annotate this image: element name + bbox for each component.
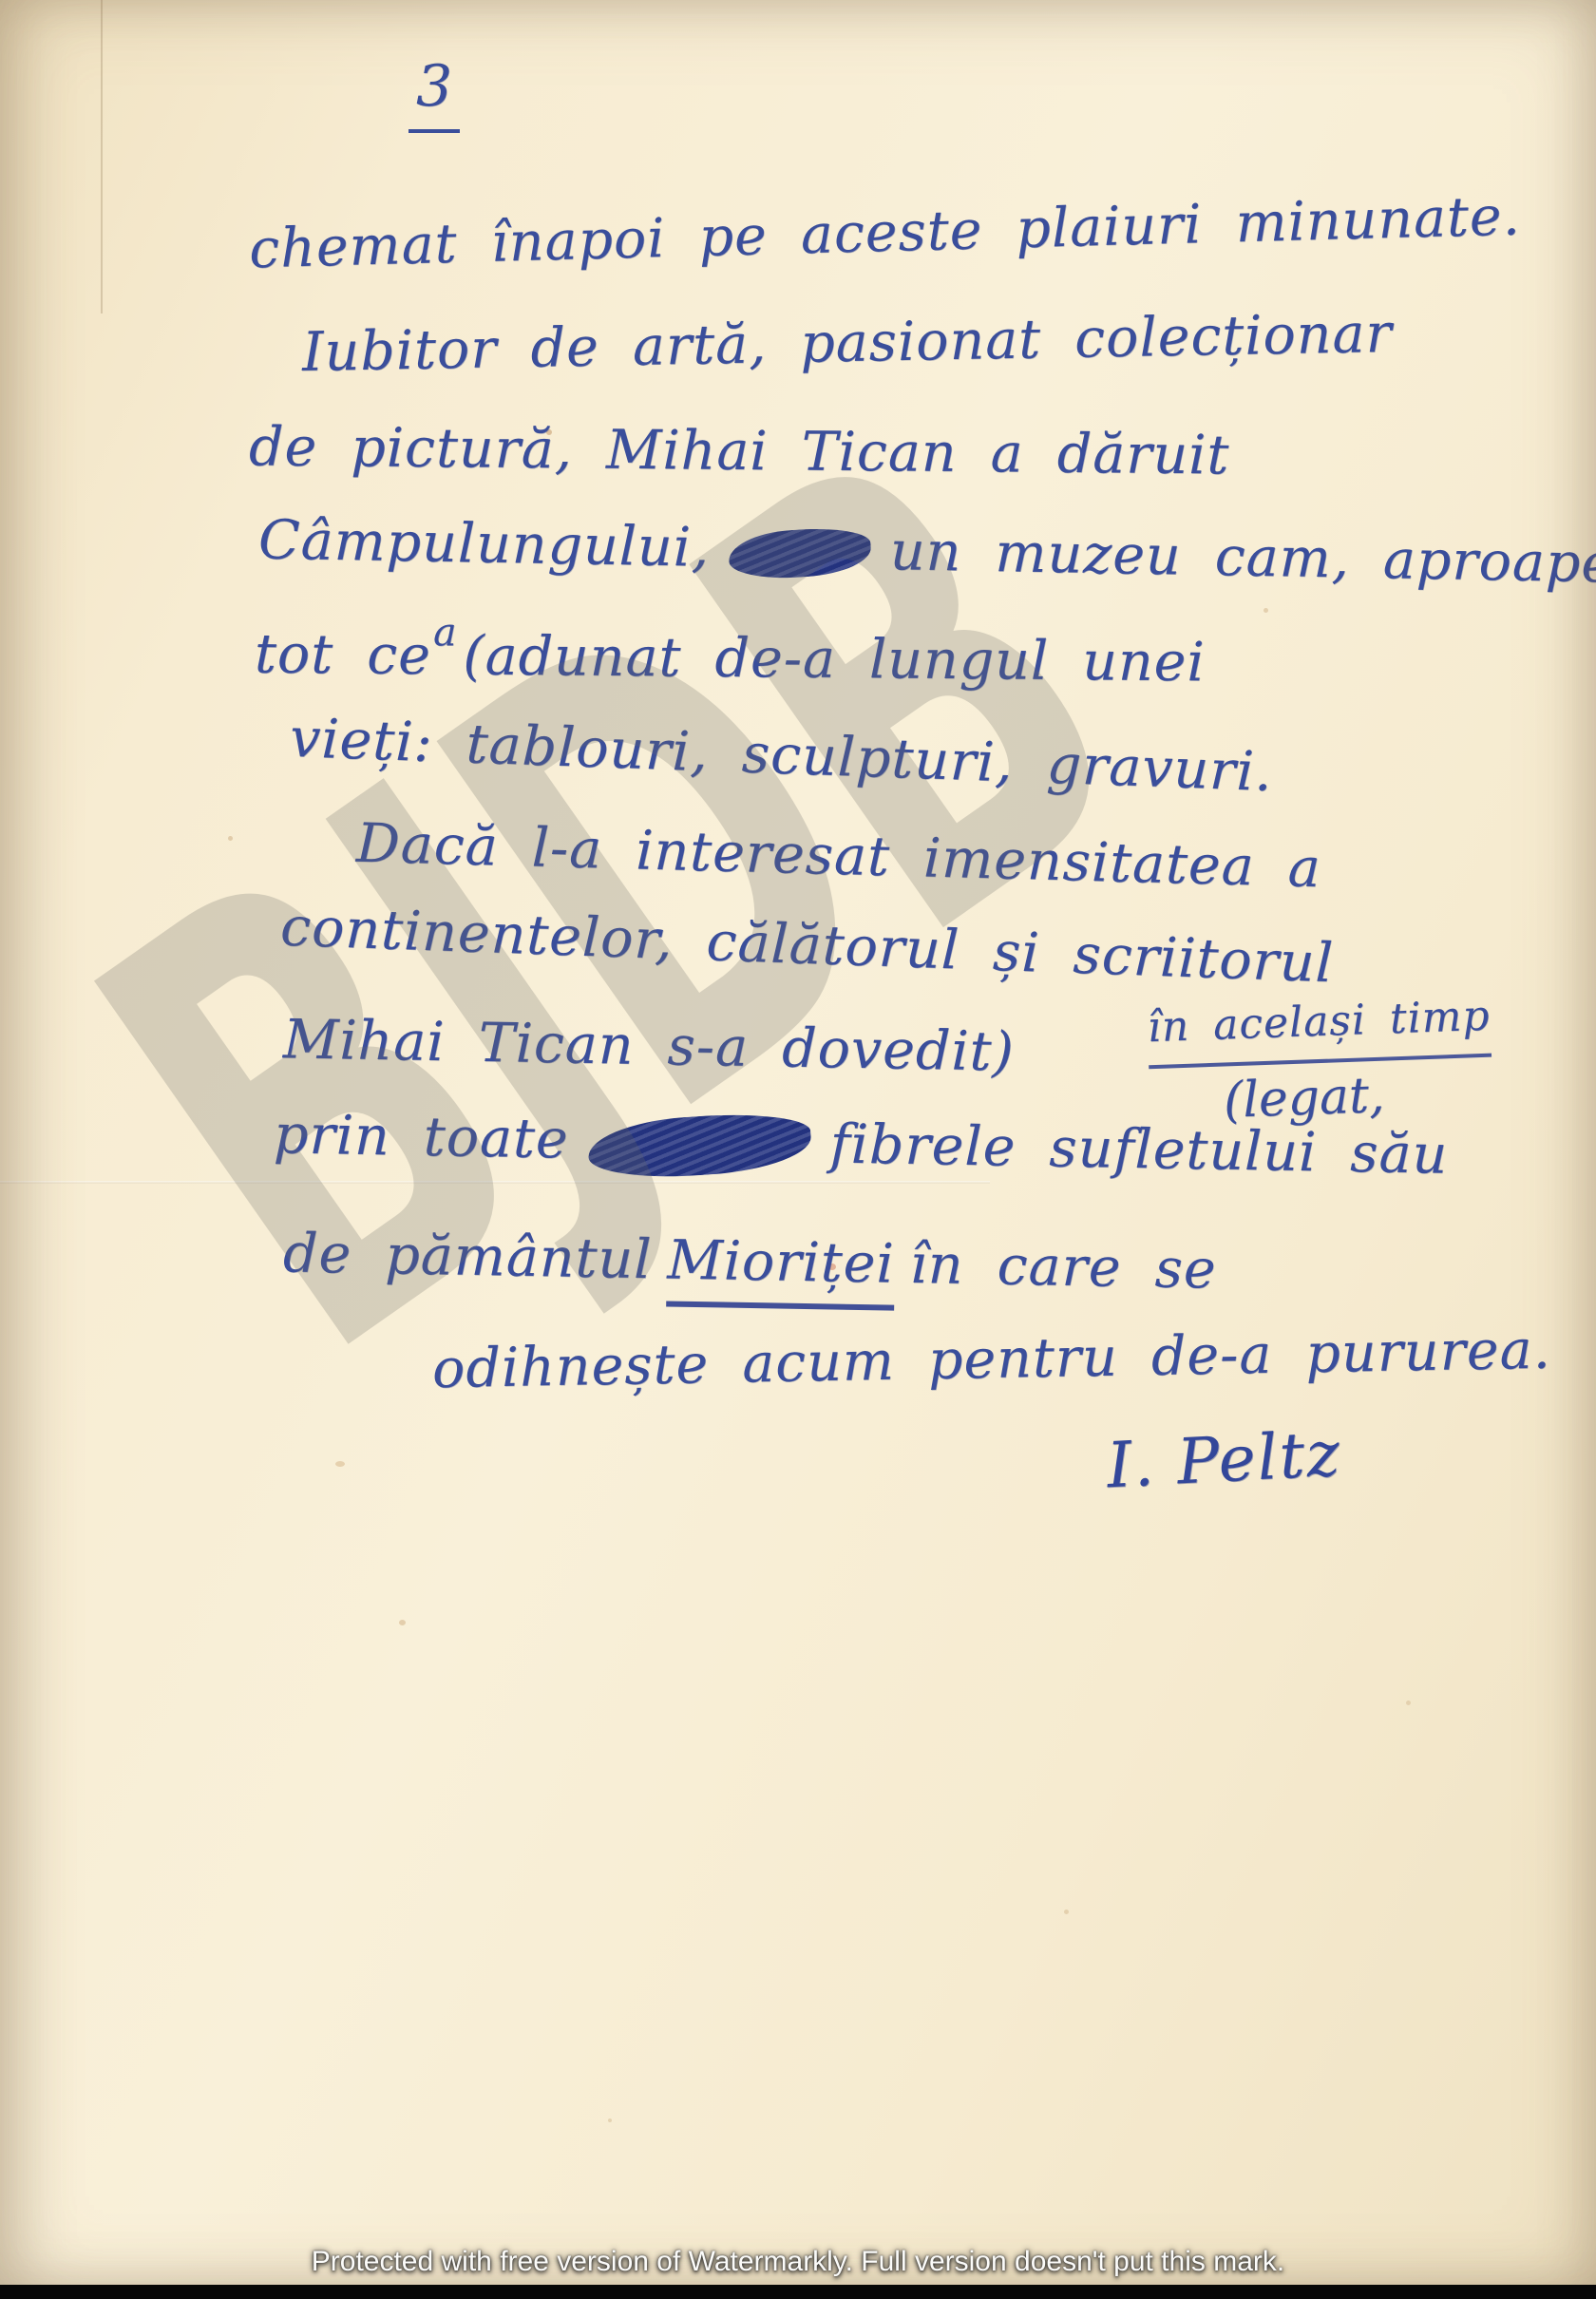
foxing-spot — [1064, 1909, 1069, 1914]
manuscript-line-8: continentelor, călătorul și scriitorul — [279, 896, 1335, 996]
line-11-text-start: de pământul — [282, 1222, 652, 1291]
foxing-spot — [608, 2118, 612, 2122]
manuscript-line-11: de pământulMiorițeiîn care se — [282, 1222, 1217, 1301]
manuscript-line-9: Mihai Tican s-a dovedit) — [282, 1008, 1015, 1083]
line-10-text-after-scribble: fibrele sufletului său — [829, 1112, 1449, 1186]
line-4-text-after-scribble: un muzeu cam, aproape — [889, 520, 1596, 595]
line-4-text-before-scribble: Câmpulungului, — [258, 509, 711, 579]
inserted-word-above-line: a — [433, 609, 458, 655]
manuscript-line-2: Iubitor de artă, pasionat colecționar — [302, 302, 1394, 384]
foxing-spot — [335, 1461, 345, 1467]
manuscript-line-12: odihnește acum pentru de-a pururea. — [432, 1319, 1552, 1401]
line-5-text-before-insertion: tot ce — [255, 623, 431, 688]
watermark-footer-text: Protected with free version of Watermark… — [0, 2246, 1596, 2278]
manuscript-line-3: de pictură, Mihai Tican a dăruit — [249, 415, 1230, 486]
manuscript-line-5: tot cea(adunat de-a lungul unei — [255, 623, 1206, 694]
line-11-text-end: în care se — [909, 1233, 1217, 1301]
line-5-text-after-insertion: (adunat de-a lungul unei — [463, 625, 1206, 694]
foxing-spot — [399, 1620, 406, 1625]
author-signature: I. Peltz — [1105, 1417, 1343, 1503]
manuscript-line-1: chemat înapoi pe aceste plaiuri minunate… — [248, 184, 1521, 280]
scribble-redaction — [586, 1109, 813, 1183]
manuscript-line-4: Câmpulungului,un muzeu cam, aproape — [258, 509, 1596, 596]
foxing-spot — [1406, 1700, 1411, 1705]
paper-crease-vertical — [101, 0, 103, 313]
paper-fold-crease — [0, 1181, 990, 1184]
bottom-scan-edge-bar — [0, 2285, 1596, 2299]
foxing-spot — [1263, 608, 1268, 613]
manuscript-line-7: Dacă l-a interesat imensitatea a — [355, 812, 1321, 901]
underlined-word-miorita: Mioriței — [667, 1228, 896, 1310]
page-number: 3 — [408, 53, 460, 133]
manuscript-line-6: vieți: tablouri, sculpturi, gravuri. — [289, 707, 1274, 804]
inserted-phrase-above-line-9: în același timp — [1147, 992, 1491, 1070]
manuscript-page-scan: 3 chemat înapoi pe aceste plaiuri minuna… — [0, 0, 1596, 2299]
foxing-spot — [228, 836, 233, 841]
line-10-text-before-scribble: prin toate — [274, 1103, 570, 1170]
scribble-redaction — [727, 524, 872, 581]
